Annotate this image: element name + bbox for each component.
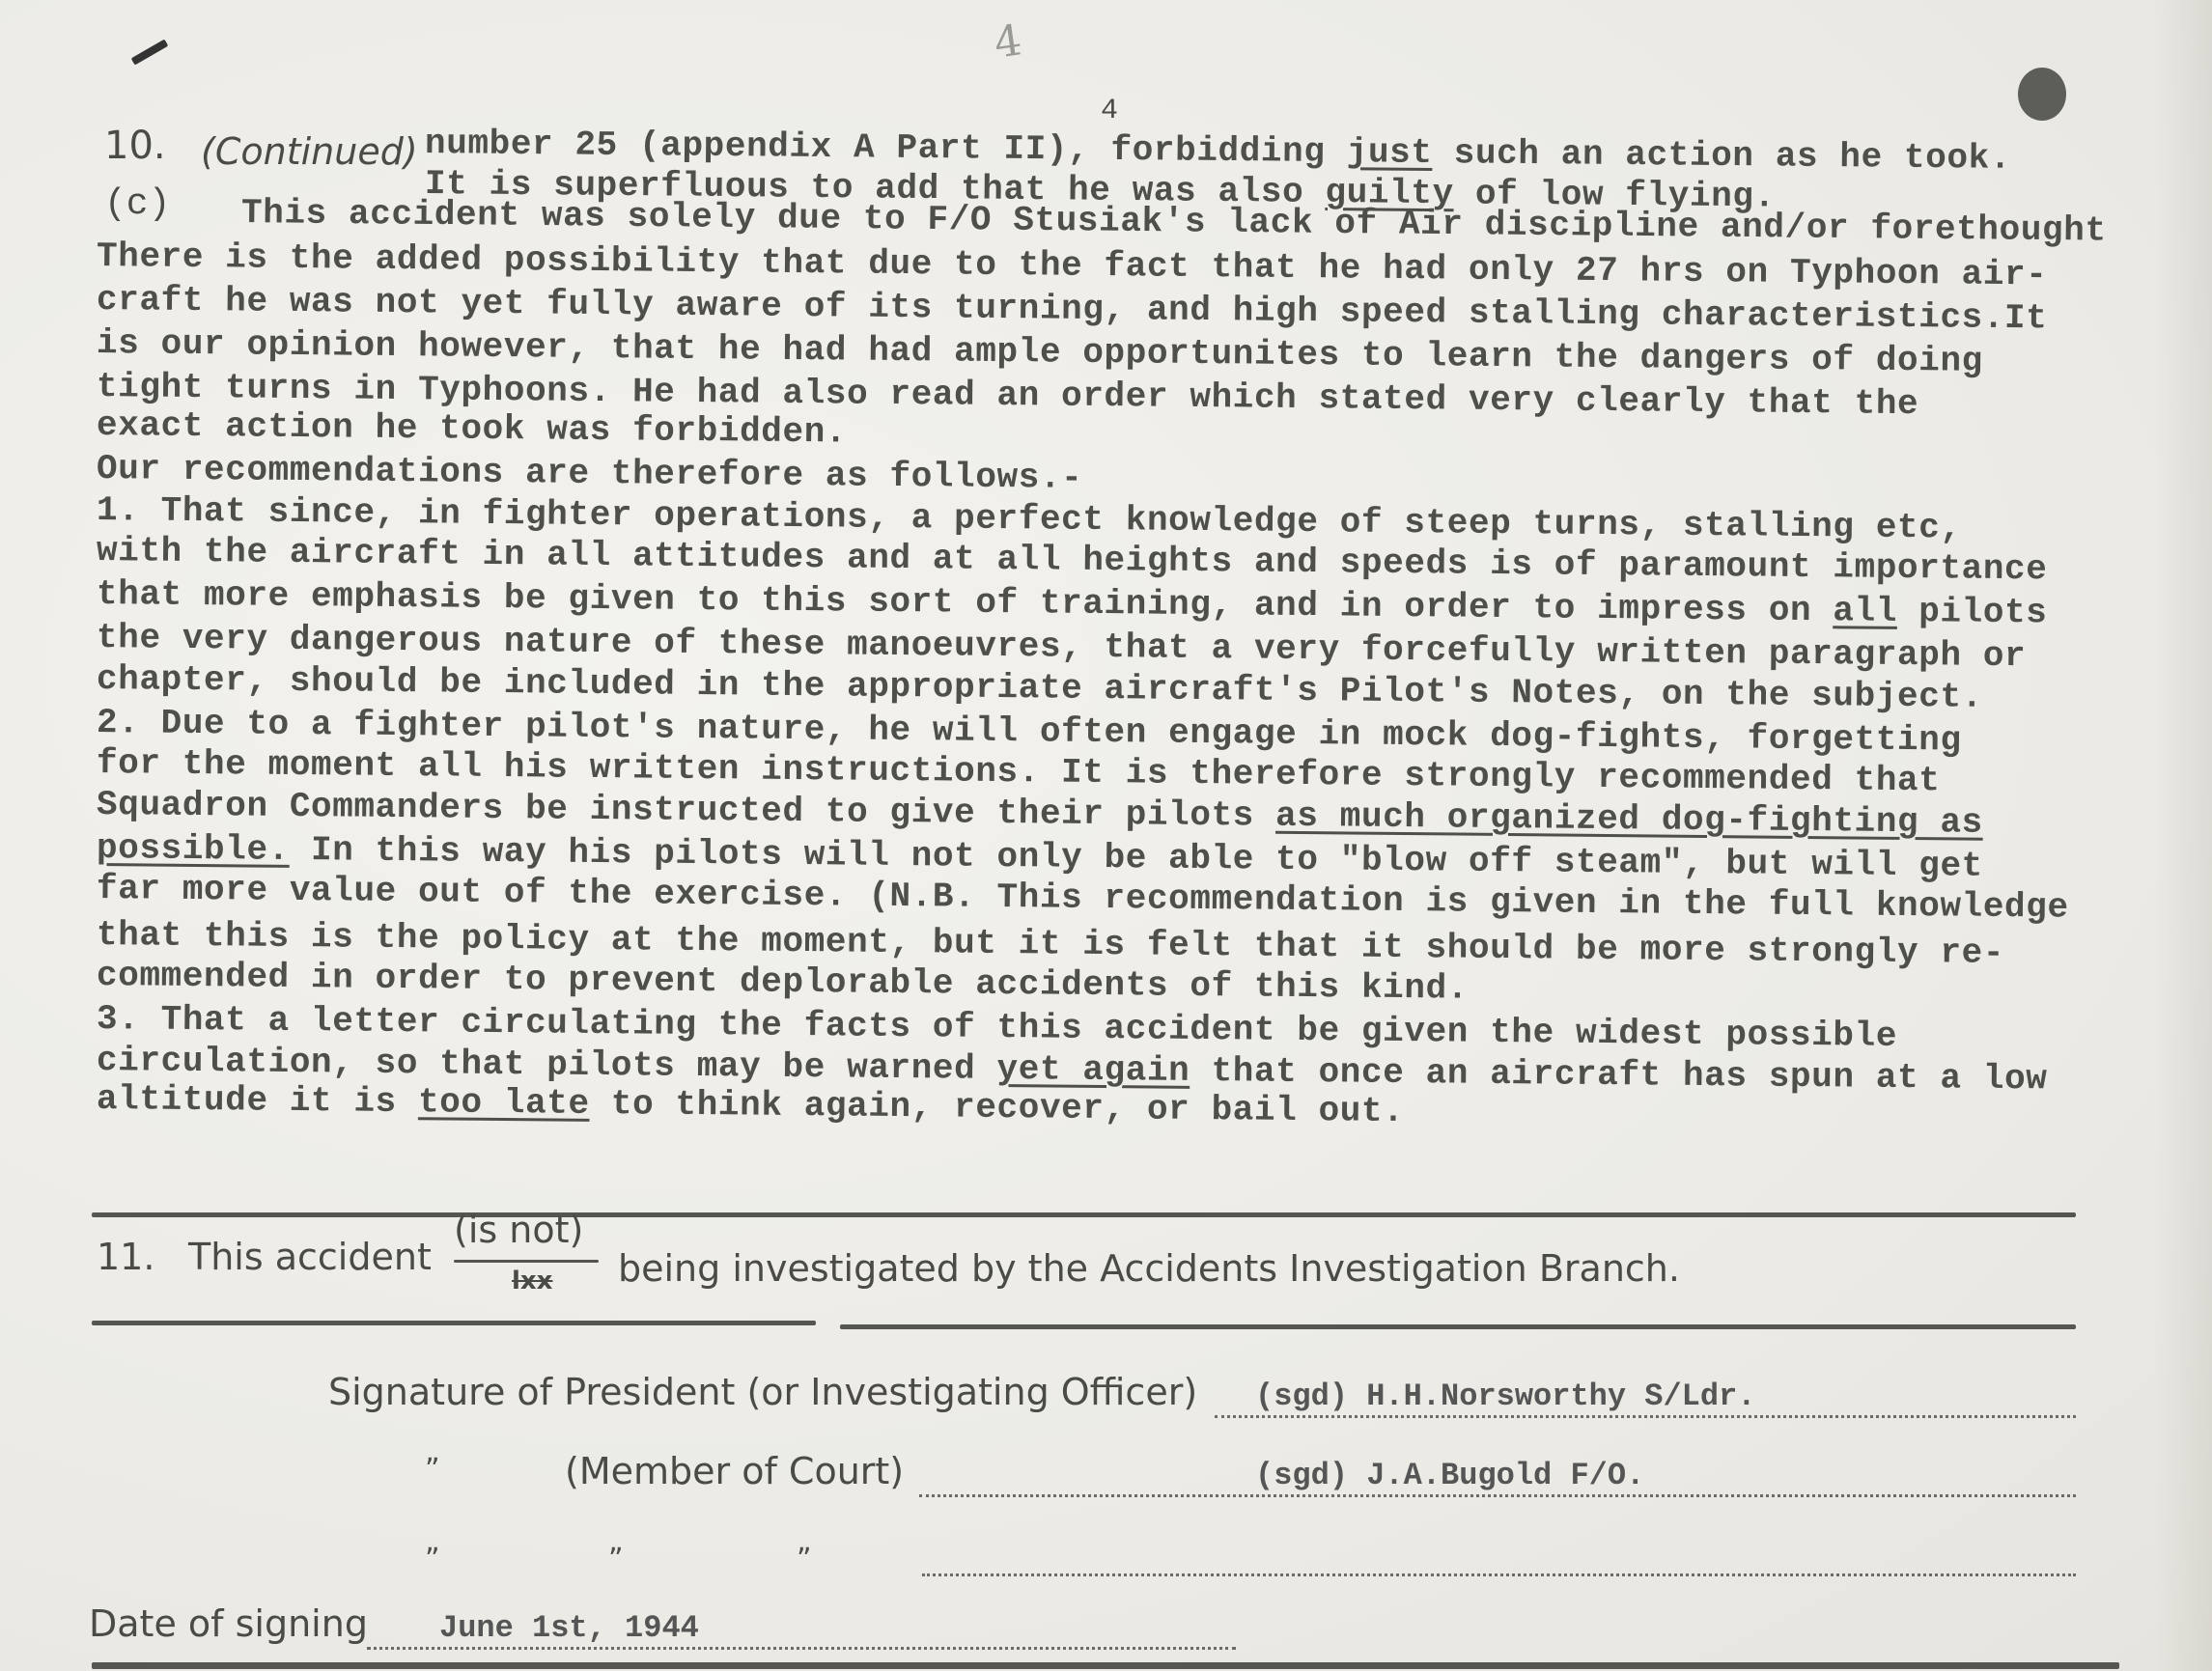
line-text: altitude it is bbox=[97, 1079, 418, 1122]
fraction-line bbox=[454, 1260, 599, 1263]
divider bbox=[840, 1324, 2076, 1329]
date-line bbox=[367, 1647, 1236, 1650]
section-11-suffix: being investigated by the Accidents Inve… bbox=[618, 1247, 1680, 1290]
president-signature-label: Signature of President (or Investigating… bbox=[328, 1371, 1197, 1413]
divider bbox=[92, 1321, 816, 1325]
ditto-mark: ” bbox=[425, 1543, 440, 1576]
date-label: Date of signing bbox=[89, 1602, 368, 1645]
section-11-prefix: This accident bbox=[188, 1236, 432, 1278]
line-text: such an action as he took. bbox=[1432, 133, 2011, 179]
continued-label: (Continued) bbox=[201, 130, 418, 173]
ditto-mark: ” bbox=[608, 1543, 624, 1576]
member-signature-line bbox=[919, 1494, 2076, 1497]
paper-edge-shadow bbox=[2154, 0, 2212, 1671]
divider bbox=[92, 1212, 2076, 1217]
ditto-mark: ” bbox=[797, 1543, 812, 1576]
underlined-text: as much organized dog-fighting as bbox=[1275, 796, 1983, 843]
line-text: to think again, recover, or bail out. bbox=[589, 1084, 1404, 1131]
page-number: 4 bbox=[1101, 95, 1118, 127]
option-is-not: (is not) bbox=[454, 1209, 583, 1251]
additional-signature-line bbox=[922, 1574, 2076, 1576]
underlined-text: just bbox=[1347, 132, 1433, 173]
line-text: exact action he took was forbidden. bbox=[97, 405, 847, 452]
option-struck: lxx bbox=[512, 1267, 552, 1295]
president-signature-value: (sgd) H.H.Norsworthy S/Ldr. bbox=[1255, 1379, 1755, 1414]
president-signature-line bbox=[1215, 1415, 2076, 1418]
punch-hole-icon bbox=[2018, 68, 2066, 121]
bottom-rule bbox=[92, 1662, 2119, 1669]
underlined-text: too late bbox=[418, 1082, 590, 1124]
sub-c-label: (c) bbox=[104, 183, 170, 225]
section-11-number: 11. bbox=[97, 1236, 154, 1278]
underlined-text: possible. bbox=[97, 828, 290, 870]
date-value: June 1st, 1944 bbox=[439, 1610, 699, 1646]
ditto-mark: ” bbox=[425, 1453, 440, 1487]
section-10-number: 10. bbox=[104, 124, 166, 168]
body-line: exact action he took was forbidden. bbox=[97, 405, 847, 452]
underlined-text: yet again bbox=[996, 1049, 1190, 1091]
member-signature-label: (Member of Court) bbox=[565, 1450, 904, 1492]
line-text: pilots bbox=[1897, 592, 2048, 632]
member-signature-value: (sgd) J.A.Bugold F/O. bbox=[1255, 1458, 1644, 1493]
underlined-text: all bbox=[1833, 591, 1897, 631]
